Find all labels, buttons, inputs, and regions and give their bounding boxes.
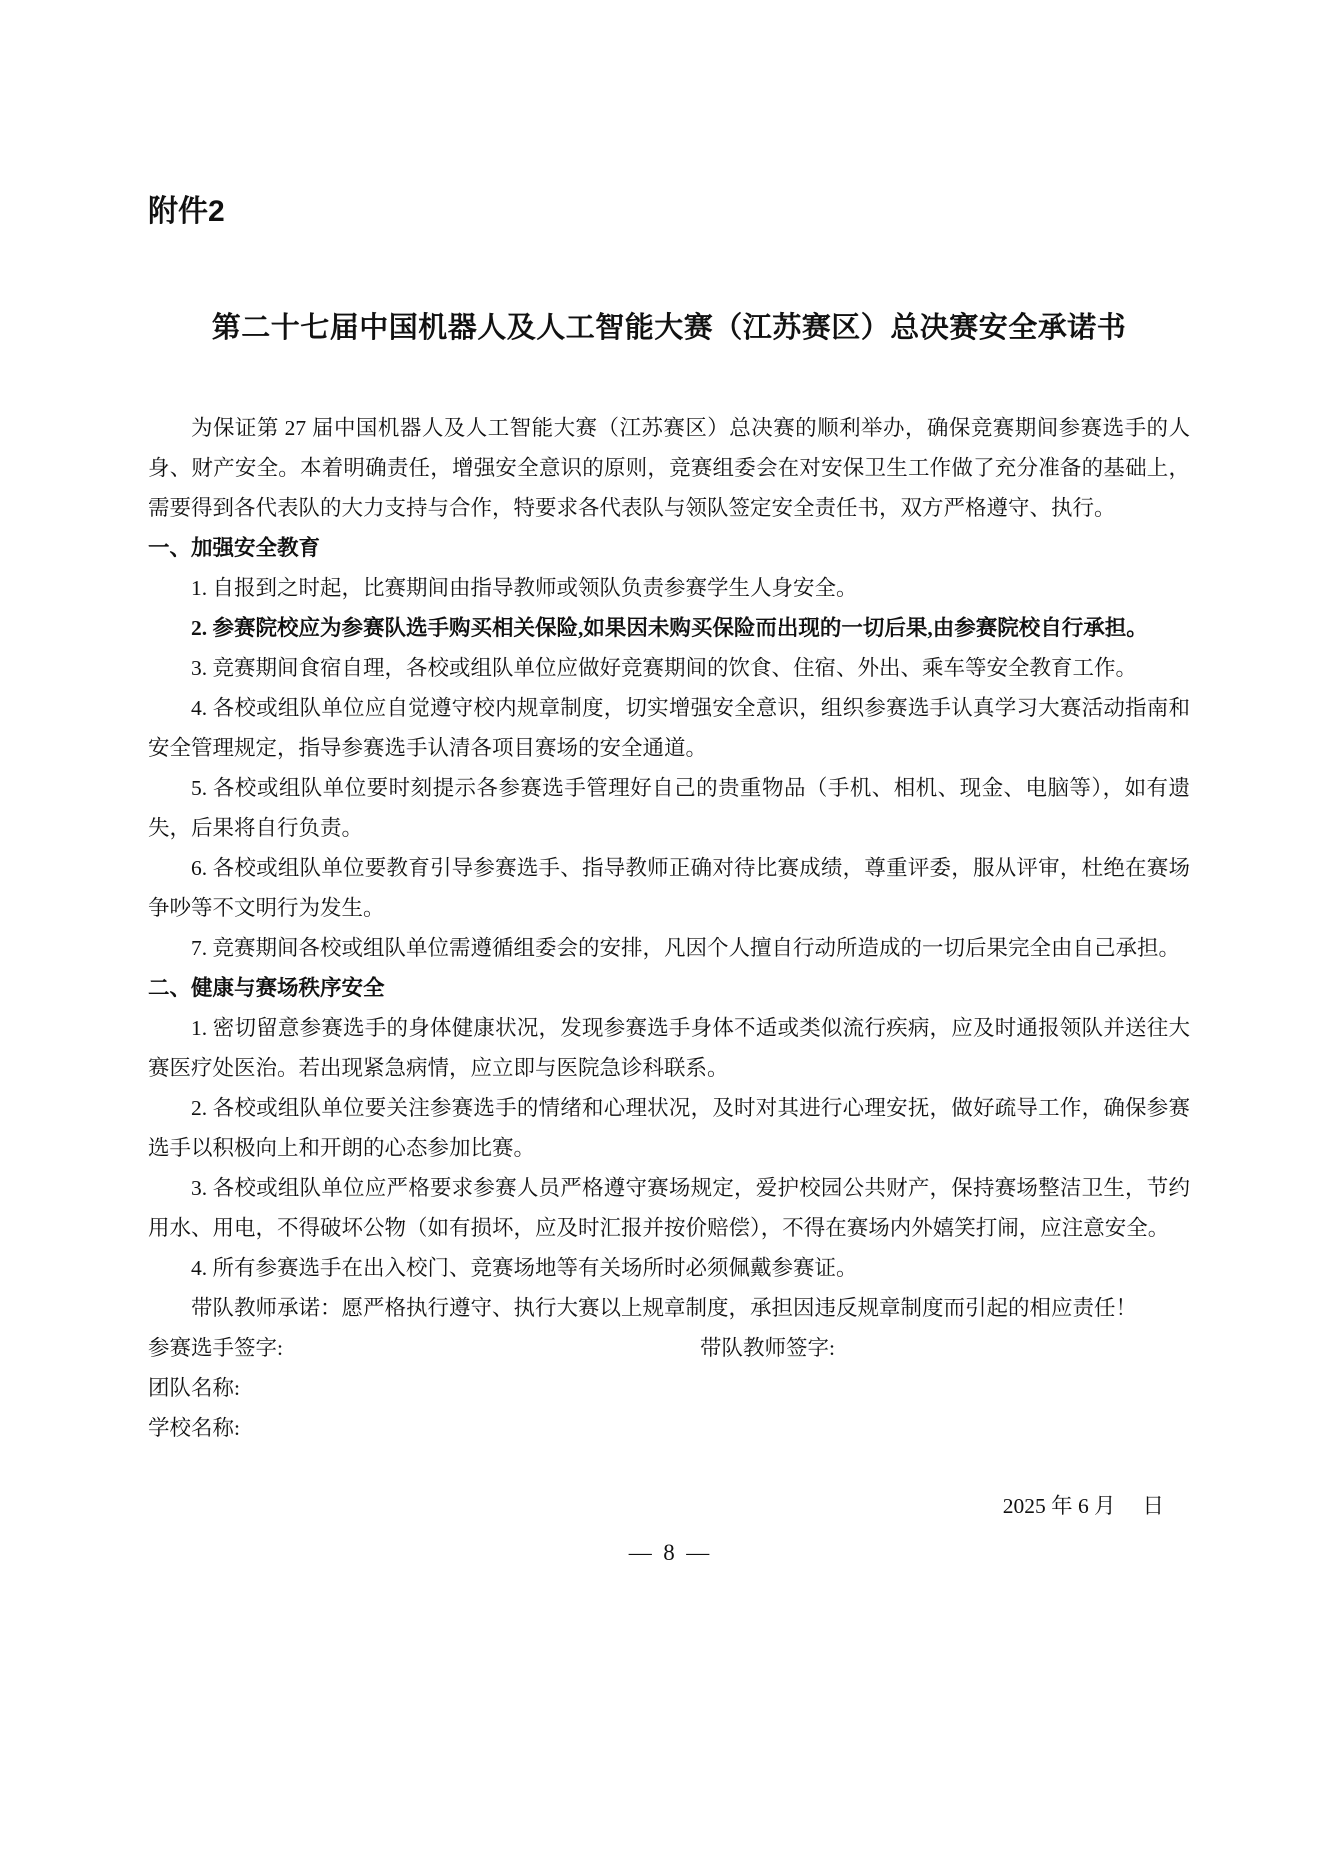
document-body: 为保证第 27 届中国机器人及人工智能大赛（江苏赛区）总决赛的顺利举办，确保竞赛… — [148, 408, 1190, 1526]
section-1-item-2: 2. 参赛院校应为参赛队选手购买相关保险,如果因未购买保险而出现的一切后果,由参… — [148, 608, 1190, 648]
teacher-signature-label: 带队教师签字: — [700, 1328, 1190, 1368]
section-2-item-2: 2. 各校或组队单位要关注参赛选手的情绪和心理状况，及时对其进行心理安抚，做好疏… — [148, 1088, 1190, 1168]
section-1-item-1: 1. 自报到之时起，比赛期间由指导教师或领队负责参赛学生人身安全。 — [148, 568, 1190, 608]
section-1-item-3: 3. 竞赛期间食宿自理，各校或组队单位应做好竞赛期间的饮食、住宿、外出、乘车等安… — [148, 648, 1190, 688]
school-name-label: 学校名称: — [148, 1408, 1190, 1448]
section-1-item-7: 7. 竞赛期间各校或组队单位需遵循组委会的安排，凡因个人擅自行动所造成的一切后果… — [148, 928, 1190, 968]
page-number: — 8 — — [148, 1540, 1190, 1566]
section-2-item-3: 3. 各校或组队单位应严格要求参赛人员严格遵守赛场规定，爱护校园公共财产，保持赛… — [148, 1168, 1190, 1248]
section-2-heading: 二、健康与赛场秩序安全 — [148, 968, 1190, 1008]
signature-row: 参赛选手签字: 带队教师签字: — [148, 1328, 1190, 1368]
date-line: 2025 年 6 月 日 — [148, 1486, 1164, 1526]
section-2-item-1: 1. 密切留意参赛选手的身体健康状况，发现参赛选手身体不适或类似流行疾病，应及时… — [148, 1008, 1190, 1088]
section-1-item-4: 4. 各校或组队单位应自觉遵守校内规章制度，切实增强安全意识，组织参赛选手认真学… — [148, 688, 1190, 768]
section-1-heading: 一、加强安全教育 — [148, 528, 1190, 568]
document-title: 第二十七届中国机器人及人工智能大赛（江苏赛区）总决赛安全承诺书 — [148, 306, 1190, 350]
intro-paragraph: 为保证第 27 届中国机器人及人工智能大赛（江苏赛区）总决赛的顺利举办，确保竞赛… — [148, 408, 1190, 528]
team-name-label: 团队名称: — [148, 1368, 1190, 1408]
section-2-item-4: 4. 所有参赛选手在出入校门、竞赛场地等有关场所时必须佩戴参赛证。 — [148, 1248, 1190, 1288]
attachment-label: 附件2 — [148, 190, 1190, 234]
document-page: 附件2 第二十七届中国机器人及人工智能大赛（江苏赛区）总决赛安全承诺书 为保证第… — [0, 0, 1322, 1870]
section-1-item-6: 6. 各校或组队单位要教育引导参赛选手、指导教师正确对待比赛成绩，尊重评委，服从… — [148, 848, 1190, 928]
teacher-promise-line: 带队教师承诺：愿严格执行遵守、执行大赛以上规章制度，承担因违反规章制度而引起的相… — [148, 1288, 1190, 1328]
section-1-item-5: 5. 各校或组队单位要时刻提示各参赛选手管理好自己的贵重物品（手机、相机、现金、… — [148, 768, 1190, 848]
contestant-signature-label: 参赛选手签字: — [148, 1328, 700, 1368]
